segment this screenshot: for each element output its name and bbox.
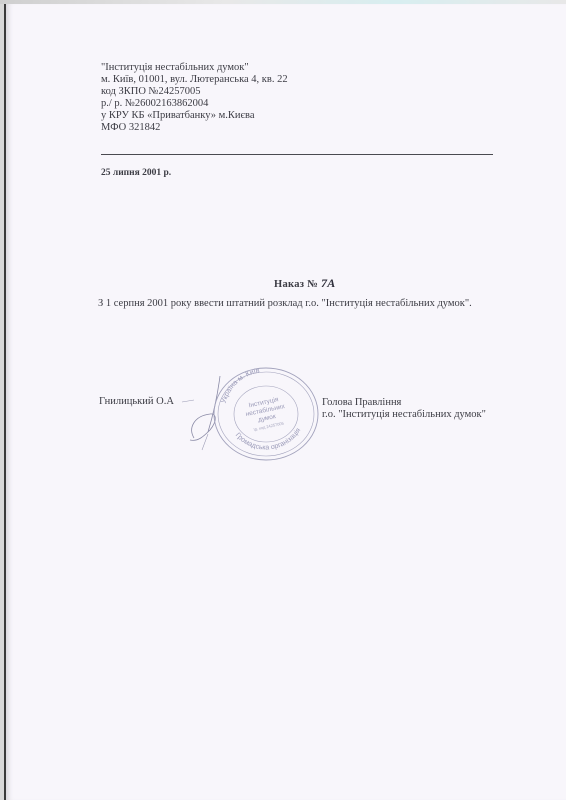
bank-name: у КРУ КБ «Приватбанку» м.Києва: [101, 110, 288, 122]
organization-name: "Інституція нестабільних думок": [101, 62, 288, 74]
signer-position: Голова Правління г.о. "Інституція нестаб…: [322, 397, 486, 421]
letterhead: "Інституція нестабільних думок" м. Київ,…: [101, 62, 288, 134]
bank-mfo: МФО 321842: [101, 122, 288, 134]
position-title: Голова Правління: [322, 397, 486, 409]
order-title: Наказ № 7А: [274, 277, 336, 291]
letterhead-divider: [101, 154, 493, 155]
organization-address: м. Київ, 01001, вул. Лютеранська 4, кв. …: [101, 74, 288, 86]
document-date: 25 липня 2001 р.: [101, 167, 171, 179]
order-title-label: Наказ №: [274, 279, 318, 290]
svg-text:Україна м. Київ: Україна м. Київ: [220, 367, 260, 404]
order-number: 7А: [321, 276, 336, 290]
organization-code: код ЗКПО №24257005: [101, 86, 288, 98]
organization-stamp: Україна м. Київ Громадська організація І…: [206, 362, 326, 462]
signer-name: Гнилицький О.А: [99, 396, 174, 408]
order-body: З 1 серпня 2001 року ввести штатний розк…: [98, 298, 498, 310]
position-organization: г.о. "Інституція нестабільних думок": [322, 409, 486, 421]
bank-account: р./ р. №26002163862004: [101, 98, 288, 110]
